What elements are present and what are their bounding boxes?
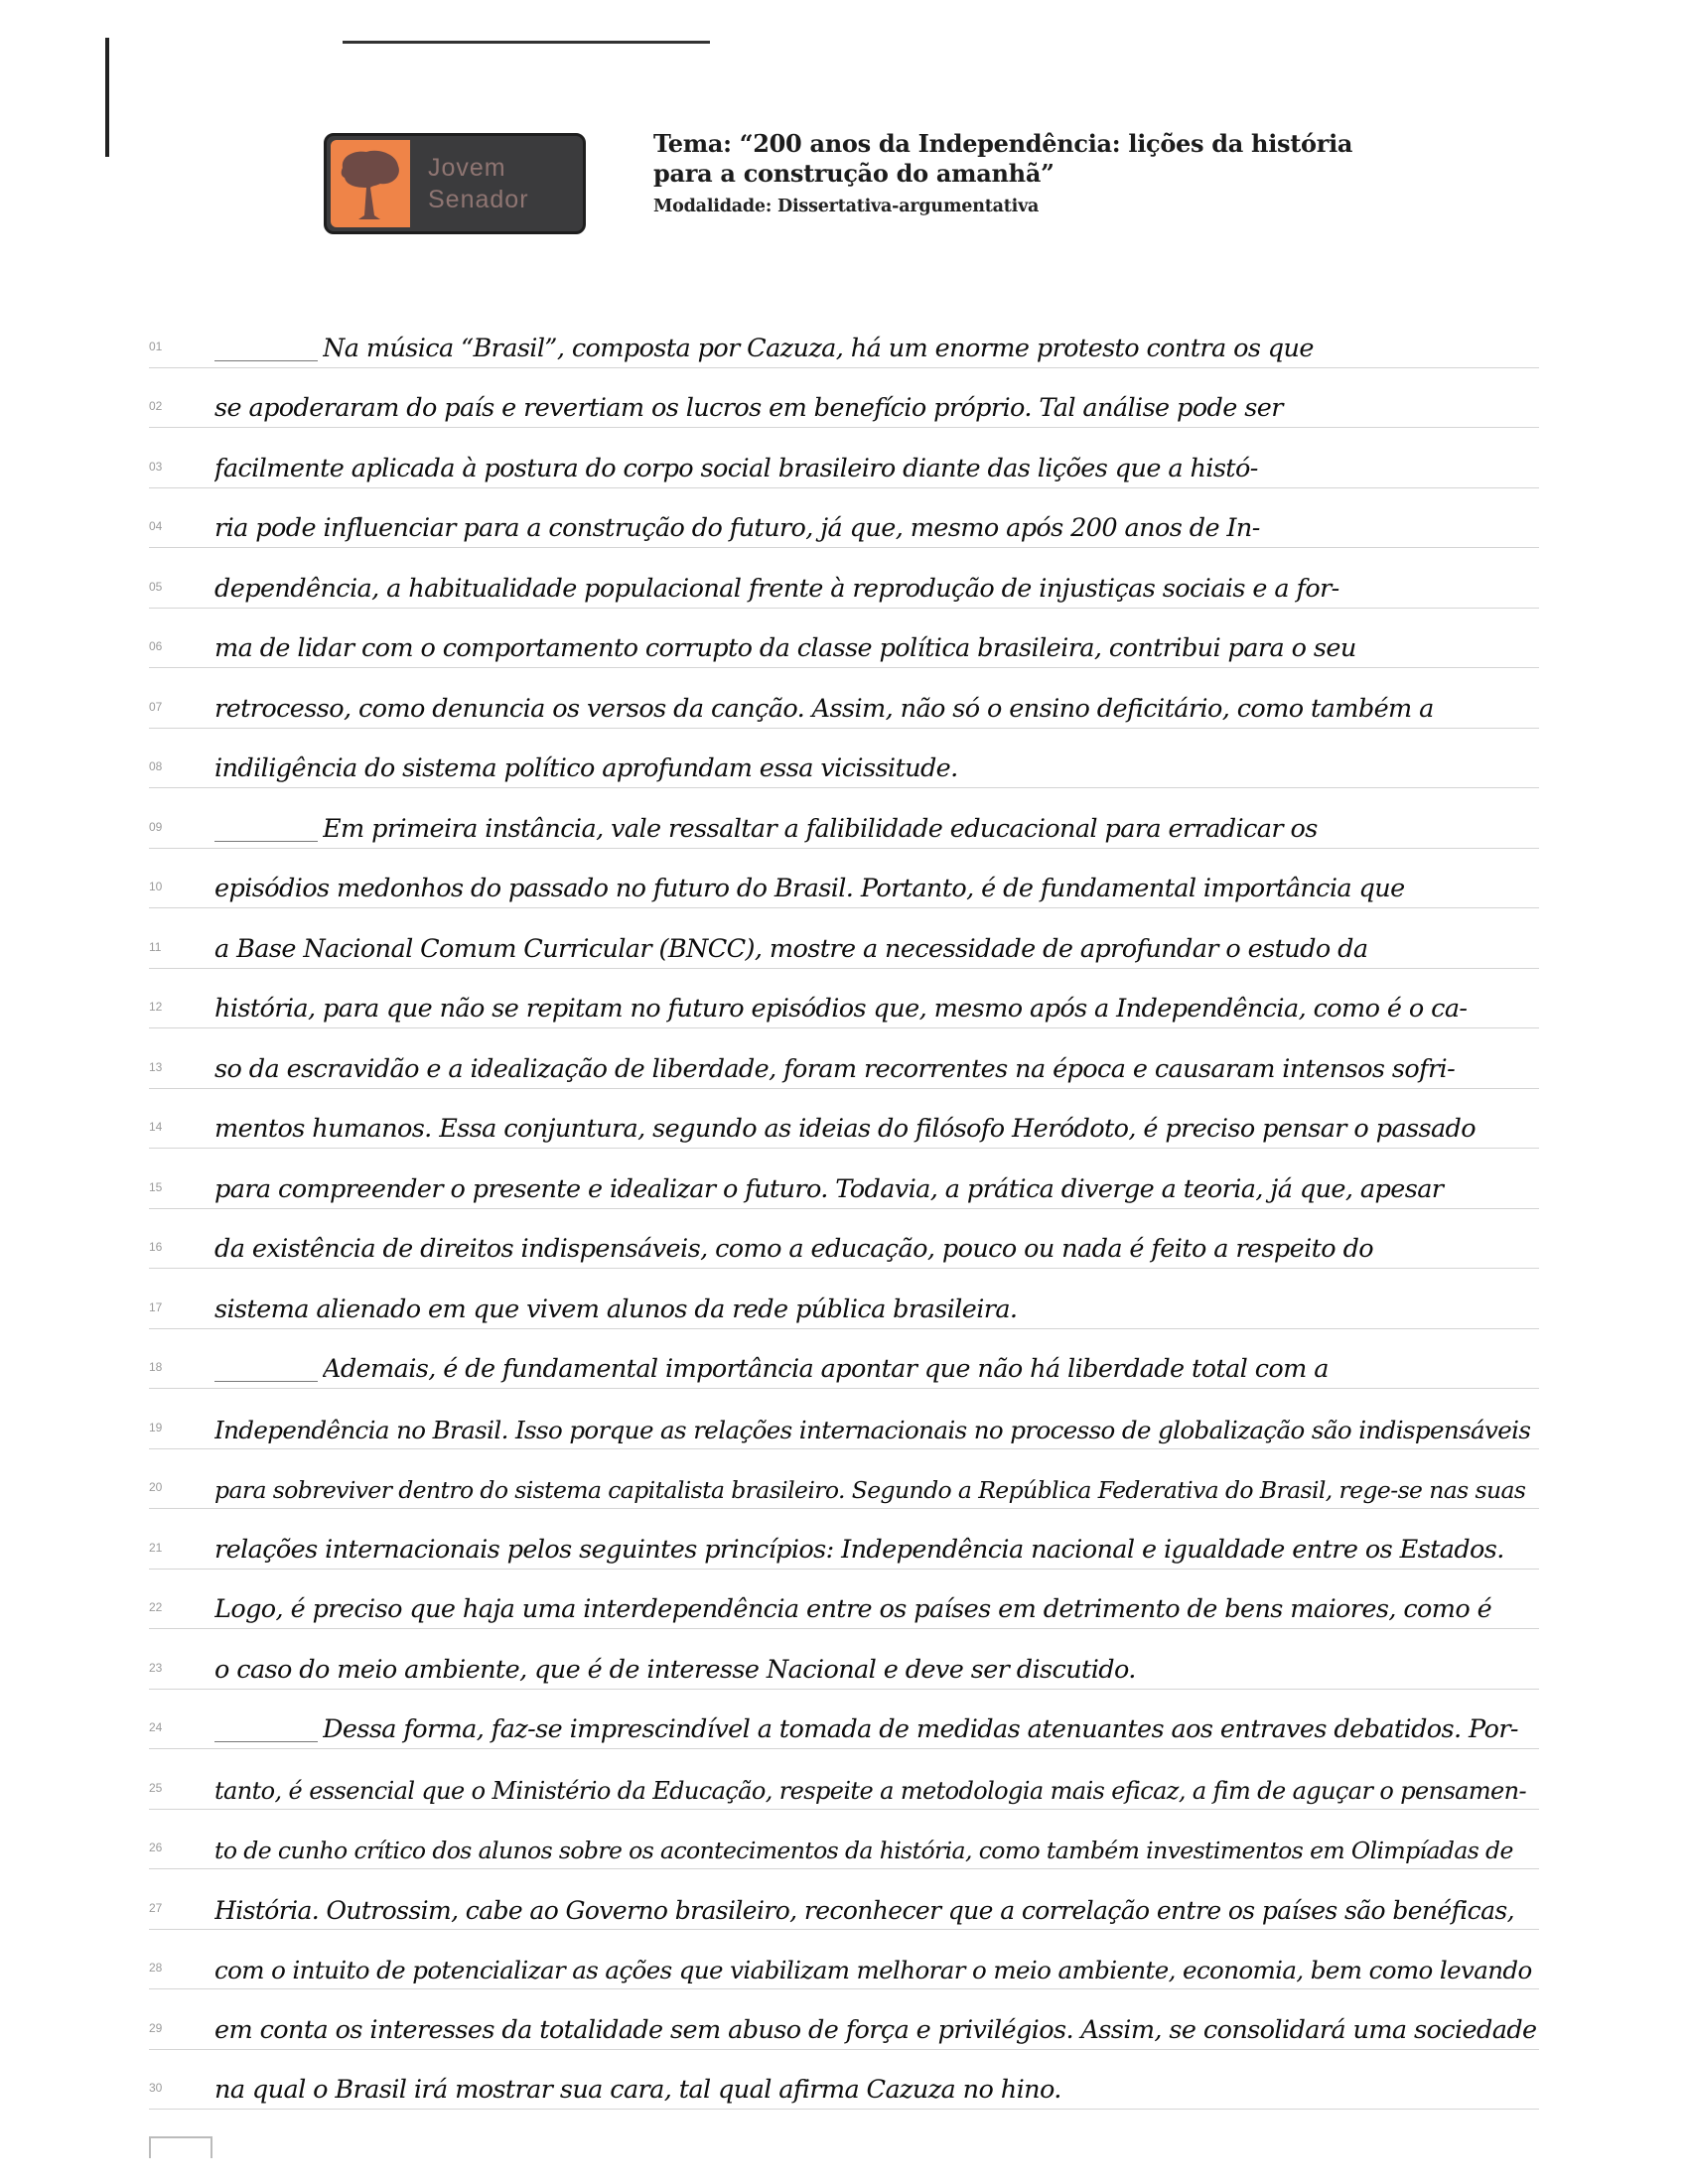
paragraph-indent-mark [214,841,318,842]
line-number: 07 [149,700,189,714]
logo-text: Jovem Senador [428,152,529,215]
line-number: 17 [149,1300,189,1314]
handwritten-text: mentos humanos. Essa conjuntura, segundo… [214,1114,1539,1144]
line-number: 25 [149,1781,189,1795]
line-number: 01 [149,340,189,353]
line-number: 23 [149,1661,189,1675]
handwritten-text: Dessa forma, faz-se imprescindível a tom… [323,1714,1539,1744]
handwritten-text: facilmente aplicada à postura do corpo s… [214,454,1539,483]
essay-line: 17sistema alienado em que vivem alunos d… [149,1269,1539,1329]
essay-line: 19Independência no Brasil. Isso porque a… [149,1389,1539,1449]
paragraph-indent-mark [214,1381,318,1382]
line-number: 03 [149,460,189,474]
handwritten-text: relações internacionais pelos seguintes … [214,1535,1539,1565]
handwritten-text: dependência, a habitualidade populaciona… [214,574,1539,604]
line-number: 30 [149,2081,189,2095]
handwritten-text: to de cunho crítico dos alunos sobre os … [214,1837,1539,1864]
essay-line: 12história, para que não se repitam no f… [149,969,1539,1029]
essay-line: 13so da escravidão e a idealização de li… [149,1028,1539,1089]
essay-line: 06ma de lidar com o comportamento corrup… [149,609,1539,669]
handwritten-text: o caso do meio ambiente, que é de intere… [214,1655,1539,1685]
essay-line: 22Logo, é preciso que haja uma interdepe… [149,1570,1539,1630]
essay-lined-sheet: 01Na música “Brasil”, composta por Cazuz… [149,308,1539,2110]
line-number: 13 [149,1060,189,1074]
essay-line: 03facilmente aplicada à postura do corpo… [149,428,1539,488]
theme-block: Tema: “200 anos da Independência: lições… [653,129,1368,216]
theme-title-line-1: Tema: “200 anos da Independência: lições… [653,129,1368,159]
line-number: 20 [149,1480,189,1494]
essay-line: 05dependência, a habitualidade populacio… [149,548,1539,609]
line-number: 10 [149,880,189,893]
essay-line: 29em conta os interesses da totalidade s… [149,1989,1539,2050]
line-number: 04 [149,519,189,533]
essay-line: 24Dessa forma, faz-se imprescindível a t… [149,1690,1539,1750]
line-number: 18 [149,1360,189,1374]
essay-line: 08indiligência do sistema político aprof… [149,729,1539,789]
essay-line: 30na qual o Brasil irá mostrar sua cara,… [149,2050,1539,2111]
scan-edge-mark [105,38,109,157]
handwritten-text: Em primeira instância, vale ressaltar a … [323,814,1539,844]
handwritten-text: Ademais, é de fundamental importância ap… [323,1354,1539,1384]
essay-line: 27História. Outrossim, cabe ao Governo b… [149,1869,1539,1930]
essay-line: 01Na música “Brasil”, composta por Cazuz… [149,308,1539,368]
handwritten-text: Independência no Brasil. Isso porque as … [214,1416,1539,1444]
handwritten-text: so da escravidão e a idealização de libe… [214,1054,1539,1084]
paragraph-indent-mark [214,360,318,361]
line-number: 19 [149,1421,189,1434]
scan-bottom-mark [149,2136,212,2158]
line-number: 11 [149,940,189,954]
line-number: 24 [149,1720,189,1734]
scan-top-line [343,41,710,44]
line-number: 08 [149,759,189,773]
essay-line: 07retrocesso, como denuncia os versos da… [149,668,1539,729]
handwritten-text: em conta os interesses da totalidade sem… [214,2015,1539,2045]
essay-line: 16da existência de direitos indispensáve… [149,1209,1539,1270]
handwritten-text: Logo, é preciso que haja uma interdepend… [214,1594,1539,1624]
line-number: 12 [149,1000,189,1014]
logo-line-2: Senador [428,184,529,215]
line-number: 22 [149,1600,189,1614]
handwritten-text: tanto, é essencial que o Ministério da E… [214,1777,1539,1805]
essay-header: Jovem Senador Tema: “200 anos da Indepen… [324,129,1515,238]
line-number: 14 [149,1120,189,1134]
handwritten-text: História. Outrossim, cabe ao Governo bra… [214,1896,1539,1925]
handwritten-text: ria pode influenciar para a construção d… [214,513,1539,543]
theme-title-line-2: para a construção do amanhã” [653,159,1368,189]
essay-line: 25tanto, é essencial que o Ministério da… [149,1749,1539,1810]
jovem-senador-logo: Jovem Senador [324,133,586,234]
handwritten-text: para compreender o presente e idealizar … [214,1174,1539,1204]
line-number: 09 [149,820,189,834]
handwritten-text: episódios medonhos do passado no futuro … [214,874,1539,903]
essay-line: 15para compreender o presente e idealiza… [149,1149,1539,1209]
theme-title: Tema: “200 anos da Independência: lições… [653,129,1368,189]
line-number: 05 [149,580,189,594]
line-number: 27 [149,1901,189,1915]
handwritten-text: se apoderaram do país e revertiam os luc… [214,393,1539,423]
essay-line: 21relações internacionais pelos seguinte… [149,1509,1539,1570]
essay-line: 14mentos humanos. Essa conjuntura, segun… [149,1089,1539,1150]
essay-line: 26to de cunho crítico dos alunos sobre o… [149,1810,1539,1870]
line-number: 21 [149,1541,189,1555]
essay-line: 09Em primeira instância, vale ressaltar … [149,788,1539,849]
handwritten-text: na qual o Brasil irá mostrar sua cara, t… [214,2075,1539,2105]
handwritten-text: indiligência do sistema político aprofun… [214,753,1539,783]
modality-label: Modalidade: Dissertativa-argumentativa [653,197,1368,216]
handwritten-text: retrocesso, como denuncia os versos da c… [214,694,1539,724]
essay-line: 23o caso do meio ambiente, que é de inte… [149,1629,1539,1690]
essay-line: 10episódios medonhos do passado no futur… [149,849,1539,909]
handwritten-text: com o intuito de potencializar as ações … [214,1956,1539,1984]
essay-line: 11a Base Nacional Comum Curricular (BNCC… [149,908,1539,969]
paragraph-indent-mark [214,1741,318,1742]
line-number: 16 [149,1240,189,1254]
essay-line: 28com o intuito de potencializar as açõe… [149,1930,1539,1990]
line-number: 02 [149,399,189,413]
line-number: 28 [149,1961,189,1975]
essay-line: 20para sobreviver dentro do sistema capi… [149,1449,1539,1510]
handwritten-text: a Base Nacional Comum Curricular (BNCC),… [214,934,1539,964]
line-number: 26 [149,1841,189,1854]
handwritten-text: para sobreviver dentro do sistema capita… [214,1476,1539,1504]
handwritten-text: Na música “Brasil”, composta por Cazuza,… [323,334,1539,363]
essay-line: 18Ademais, é de fundamental importância … [149,1329,1539,1390]
line-number: 06 [149,639,189,653]
handwritten-text: ma de lidar com o comportamento corrupto… [214,633,1539,663]
logo-mark [331,140,410,227]
handwritten-text: da existência de direitos indispensáveis… [214,1234,1539,1264]
line-number: 29 [149,2021,189,2035]
handwritten-text: sistema alienado em que vivem alunos da … [214,1295,1539,1324]
handwritten-text: história, para que não se repitam no fut… [214,994,1539,1024]
essay-line: 04ria pode influenciar para a construção… [149,488,1539,549]
essay-line: 02se apoderaram do país e revertiam os l… [149,368,1539,429]
logo-line-1: Jovem [428,152,529,184]
line-number: 15 [149,1180,189,1194]
tree-icon [337,146,404,223]
